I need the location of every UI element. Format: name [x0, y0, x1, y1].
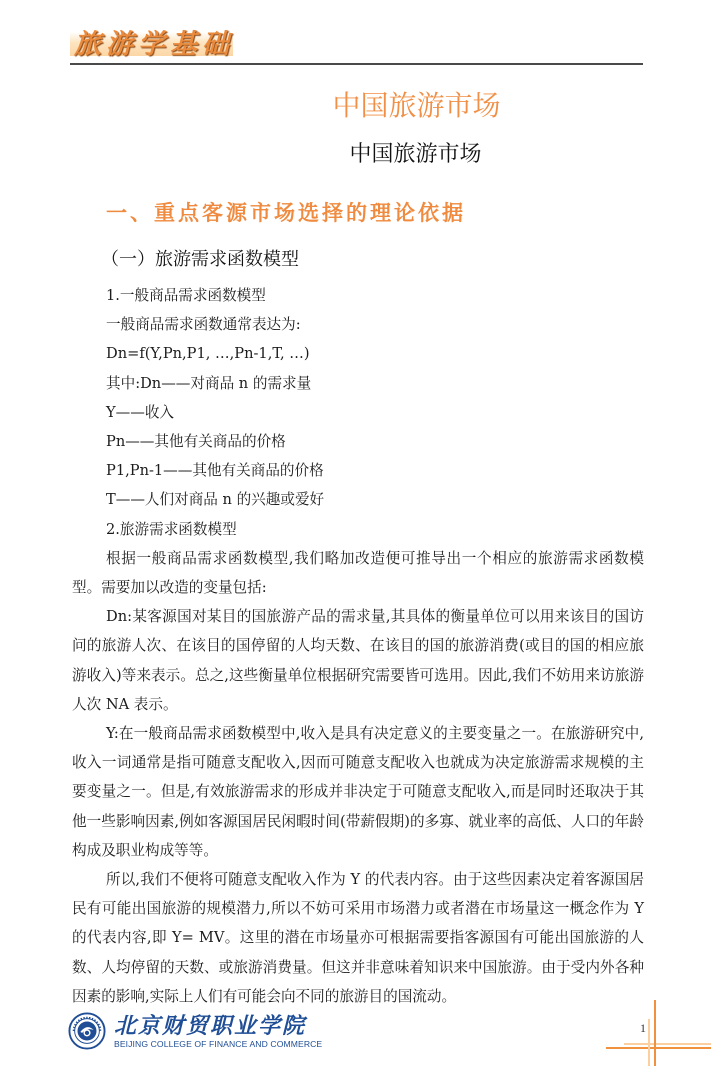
body-content: 1.一般商品需求函数模型 一般商品需求函数通常表达为: Dn=f(Y,Pn,P1… — [72, 281, 644, 1011]
school-name-chinese: 北京财贸职业学院 — [114, 1009, 306, 1040]
section-heading: 一、重点客源市场选择的理论依据 — [106, 197, 466, 227]
body-paragraph: 根据一般商品需求函数模型,我们略加改造便可推导出一个相应的旅游需求函数模型。需要… — [72, 544, 644, 602]
school-name-english: BEIJING COLLEGE OF FINANCE AND COMMERCE — [114, 1039, 322, 1049]
page-number: 1 — [640, 1021, 646, 1036]
body-line: 一般商品需求函数通常表达为: — [72, 310, 644, 339]
body-line: 2.旅游需求函数模型 — [72, 515, 644, 544]
header-divider — [70, 63, 643, 65]
body-line: Pn——其他有关商品的价格 — [72, 427, 644, 456]
body-paragraph: 所以,我们不便将可随意支配收入作为 Y 的代表内容。由于这些因素决定着客源国居民… — [72, 865, 644, 1011]
document-subtitle: 中国旅游市场 — [0, 137, 711, 168]
footer-decor-line — [606, 1047, 711, 1049]
body-line: 1.一般商品需求函数模型 — [72, 281, 644, 310]
footer-decor-line — [654, 1000, 656, 1066]
body-line: Y——收入 — [72, 398, 644, 427]
body-line: 其中:Dn——对商品 n 的需求量 — [72, 369, 644, 398]
college-seal-icon — [68, 1012, 106, 1050]
header-banner-title: 旅游学基础 — [74, 22, 234, 61]
body-paragraph: Dn:某客源国对某目的国旅游产品的需求量,其具体的衡量单位可以用来该目的国访问的… — [72, 602, 644, 719]
subsection-heading: （一）旅游需求函数模型 — [101, 245, 299, 271]
footer-decor-line — [624, 1043, 711, 1045]
body-line: T——人们对商品 n 的兴趣或爱好 — [72, 485, 644, 514]
document-title: 中国旅游市场 — [0, 84, 711, 124]
body-paragraph: Y:在一般商品需求函数模型中,收入是具有决定意义的主要变量之一。在旅游研究中,收… — [72, 719, 644, 865]
footer-decor-line — [648, 1019, 650, 1066]
formula-line: Dn=f(Y,Pn,P1, …,Pn-1,T, …) — [72, 339, 644, 368]
body-line: P1,Pn-1——其他有关商品的价格 — [72, 456, 644, 485]
